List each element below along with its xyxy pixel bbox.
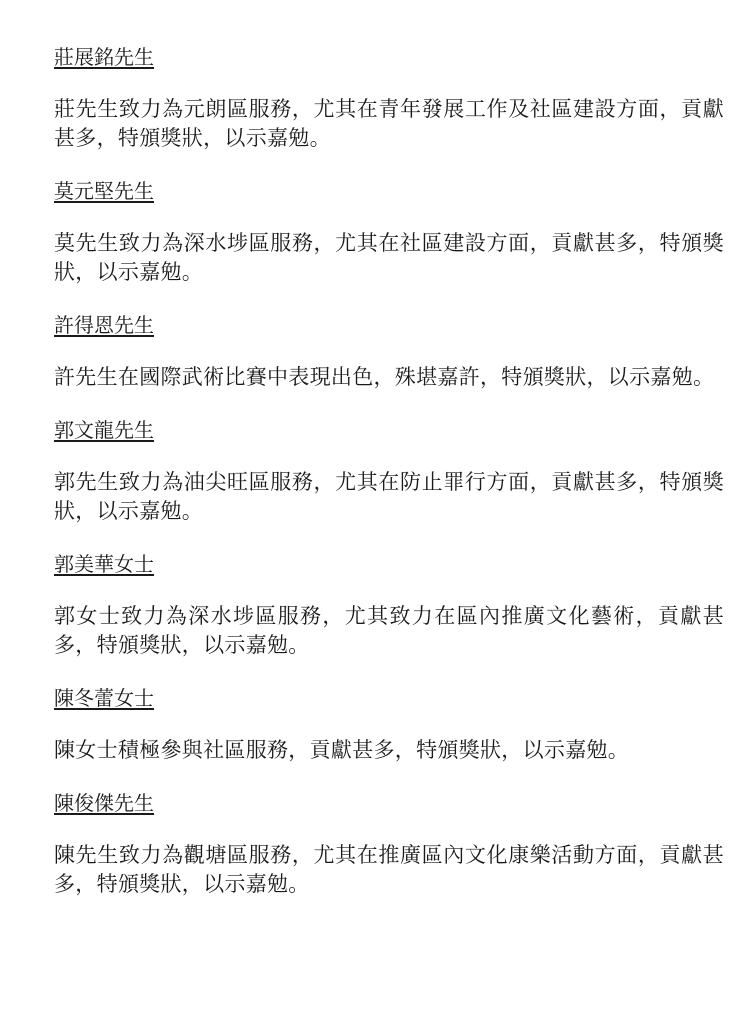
citation-text: 莊先生致力為元朗區服務，尤其在青年發展工作及社區建設方面，貢獻甚多，特頒獎狀，以… xyxy=(54,95,724,153)
recipient-name: 郭文龍先生 xyxy=(54,416,154,444)
recipient-name: 陳俊傑先生 xyxy=(54,789,154,817)
citation-text: 陳先生致力為觀塘區服務，尤其在推廣區內文化康樂活動方面，貢獻甚多，特頒獎狀，以示… xyxy=(54,841,724,899)
document-page: 莊展銘先生 莊先生致力為元朗區服務，尤其在青年發展工作及社區建設方面，貢獻甚多，… xyxy=(54,43,724,923)
citation-text: 郭先生致力為油尖旺區服務，尤其在防止罪行方面，貢獻甚多，特頒獎狀，以示嘉勉。 xyxy=(54,468,724,526)
recipient-name: 莊展銘先生 xyxy=(54,43,154,71)
award-entry: 莫元堅先生 莫先生致力為深水埗區服務，尤其在社區建設方面，貢獻甚多，特頒獎狀，以… xyxy=(54,177,724,287)
recipient-name: 莫元堅先生 xyxy=(54,177,154,205)
award-entry: 郭文龍先生 郭先生致力為油尖旺區服務，尤其在防止罪行方面，貢獻甚多，特頒獎狀，以… xyxy=(54,416,724,526)
award-entry: 陳冬蕾女士 陳女士積極參與社區服務，貢獻甚多，特頒獎狀，以示嘉勉。 xyxy=(54,684,724,765)
award-entry: 許得恩先生 許先生在國際武術比賽中表現出色，殊堪嘉許，特頒獎狀，以示嘉勉。 xyxy=(54,311,724,392)
award-entry: 莊展銘先生 莊先生致力為元朗區服務，尤其在青年發展工作及社區建設方面，貢獻甚多，… xyxy=(54,43,724,153)
citation-text: 莫先生致力為深水埗區服務，尤其在社區建設方面，貢獻甚多，特頒獎狀，以示嘉勉。 xyxy=(54,229,724,287)
award-entry: 郭美華女士 郭女士致力為深水埗區服務，尤其致力在區內推廣文化藝術，貢獻甚多，特頒… xyxy=(54,550,724,660)
recipient-name: 陳冬蕾女士 xyxy=(54,684,154,712)
recipient-name: 郭美華女士 xyxy=(54,550,154,578)
citation-text: 許先生在國際武術比賽中表現出色，殊堪嘉許，特頒獎狀，以示嘉勉。 xyxy=(54,363,724,392)
recipient-name: 許得恩先生 xyxy=(54,311,154,339)
award-entry: 陳俊傑先生 陳先生致力為觀塘區服務，尤其在推廣區內文化康樂活動方面，貢獻甚多，特… xyxy=(54,789,724,899)
citation-text: 陳女士積極參與社區服務，貢獻甚多，特頒獎狀，以示嘉勉。 xyxy=(54,736,724,765)
citation-text: 郭女士致力為深水埗區服務，尤其致力在區內推廣文化藝術，貢獻甚多，特頒獎狀，以示嘉… xyxy=(54,602,724,660)
